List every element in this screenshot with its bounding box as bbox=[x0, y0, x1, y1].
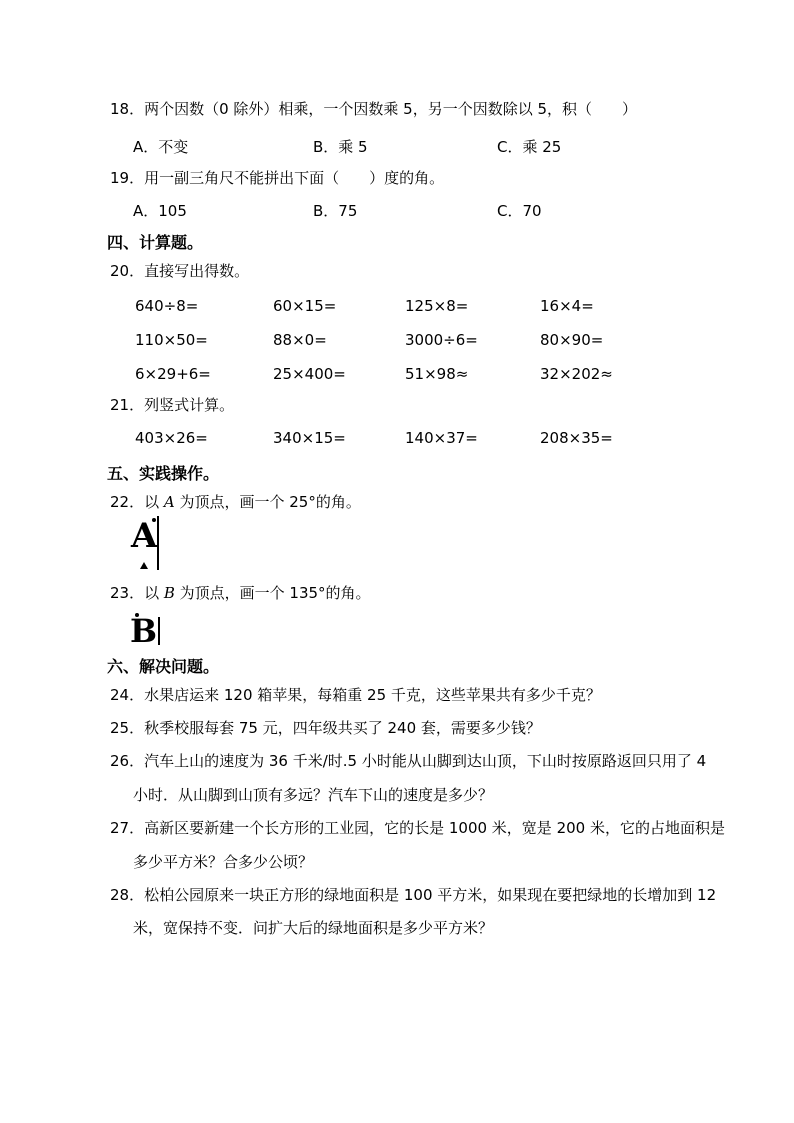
calc-expression: 110×50= bbox=[135, 331, 273, 349]
question-22: 22．以 A 为顶点，画一个 25°的角。 bbox=[110, 494, 361, 511]
question-20: 20．直接写出得数。 bbox=[110, 263, 249, 280]
question-23: 23．以 B 为顶点，画一个 135°的角。 bbox=[110, 585, 371, 602]
point-b-figure: B bbox=[128, 609, 168, 654]
calc-expression: 88×0= bbox=[273, 331, 405, 349]
question-25: 25．秋季校服每套 75 元，四年级共买了 240 套，需要多少钱？ bbox=[110, 720, 541, 737]
section-4-heading: 四、计算题。 bbox=[107, 230, 203, 253]
q20-row-2: 110×50= 88×0= 3000÷6= 80×90= bbox=[135, 331, 603, 349]
q23-prefix: 23．以 bbox=[110, 584, 164, 602]
calc-expression: 140×37= bbox=[405, 429, 540, 447]
calc-expression: 25×400= bbox=[273, 365, 405, 383]
q22-suffix: 为顶点，画一个 25°的角。 bbox=[175, 493, 361, 511]
q18-option-a: A．不变 bbox=[133, 136, 313, 157]
point-a-figure: A bbox=[131, 515, 175, 575]
question-28-line-2: 米，宽保持不变．问扩大后的绿地面积是多少平方米？ bbox=[133, 920, 493, 937]
calc-expression: 125×8= bbox=[405, 297, 540, 315]
calc-expression: 6×29+6= bbox=[135, 365, 273, 383]
calc-expression: 208×35= bbox=[540, 429, 613, 447]
question-24: 24．水果店运来 120 箱苹果，每箱重 25 千克，这些苹果共有多少千克？ bbox=[110, 687, 601, 704]
section-6-heading: 六、解决问题。 bbox=[107, 654, 219, 677]
question-19-options: A．105 B．75 C．70 bbox=[133, 200, 542, 221]
q22-prefix: 22．以 bbox=[110, 493, 164, 511]
point-a-arrow-icon bbox=[140, 562, 148, 569]
question-21: 21．列竖式计算。 bbox=[110, 397, 234, 414]
q23-point-letter: B bbox=[164, 584, 175, 602]
calc-expression: 80×90= bbox=[540, 331, 603, 349]
exam-page: 18．两个因数（0 除外）相乘，一个因数乘 5，另一个因数除以 5，积（ ） A… bbox=[0, 0, 794, 1123]
point-b-cursor-line bbox=[158, 617, 160, 645]
q19-option-c: C．70 bbox=[497, 200, 542, 221]
q19-option-b: B．75 bbox=[313, 200, 497, 221]
question-26-line-2: 小时．从山脚到山顶有多远？汽车下山的速度是多少？ bbox=[133, 787, 493, 804]
calc-expression: 3000÷6= bbox=[405, 331, 540, 349]
question-28-line-1: 28．松柏公园原来一块正方形的绿地面积是 100 平方米，如果现在要把绿地的长增… bbox=[110, 887, 716, 904]
q20-row-3: 6×29+6= 25×400= 51×98≈ 32×202≈ bbox=[135, 365, 613, 383]
question-27-line-2: 多少平方米？合多少公顷？ bbox=[133, 854, 313, 871]
q23-suffix: 为顶点，画一个 135°的角。 bbox=[175, 584, 371, 602]
question-27-line-1: 27．高新区要新建一个长方形的工业园，它的长是 1000 米，宽是 200 米，… bbox=[110, 820, 725, 837]
q21-row: 403×26= 340×15= 140×37= 208×35= bbox=[135, 429, 613, 447]
question-26-line-1: 26．汽车上山的速度为 36 千米/时.5 小时能从山脚到达山顶，下山时按原路返… bbox=[110, 753, 706, 770]
calc-expression: 51×98≈ bbox=[405, 365, 540, 383]
calc-expression: 403×26= bbox=[135, 429, 273, 447]
q19-option-a: A．105 bbox=[133, 200, 313, 221]
calc-expression: 32×202≈ bbox=[540, 365, 613, 383]
section-5-heading: 五、实践操作。 bbox=[107, 461, 219, 484]
point-b-label: B bbox=[130, 615, 157, 647]
question-19: 19．用一副三角尺不能拼出下面（ ）度的角。 bbox=[110, 170, 444, 187]
calc-expression: 16×4= bbox=[540, 297, 594, 315]
q20-row-1: 640÷8= 60×15= 125×8= 16×4= bbox=[135, 297, 594, 315]
question-18: 18．两个因数（0 除外）相乘，一个因数乘 5，另一个因数除以 5，积（ ） bbox=[110, 101, 637, 118]
question-18-options: A．不变 B．乘 5 C．乘 25 bbox=[133, 136, 561, 157]
calc-expression: 340×15= bbox=[273, 429, 405, 447]
point-a-label: A bbox=[131, 519, 157, 553]
q22-point-letter: A bbox=[164, 493, 175, 511]
calc-expression: 640÷8= bbox=[135, 297, 273, 315]
q18-option-b: B．乘 5 bbox=[313, 136, 497, 157]
calc-expression: 60×15= bbox=[273, 297, 405, 315]
q18-option-c: C．乘 25 bbox=[497, 136, 561, 157]
